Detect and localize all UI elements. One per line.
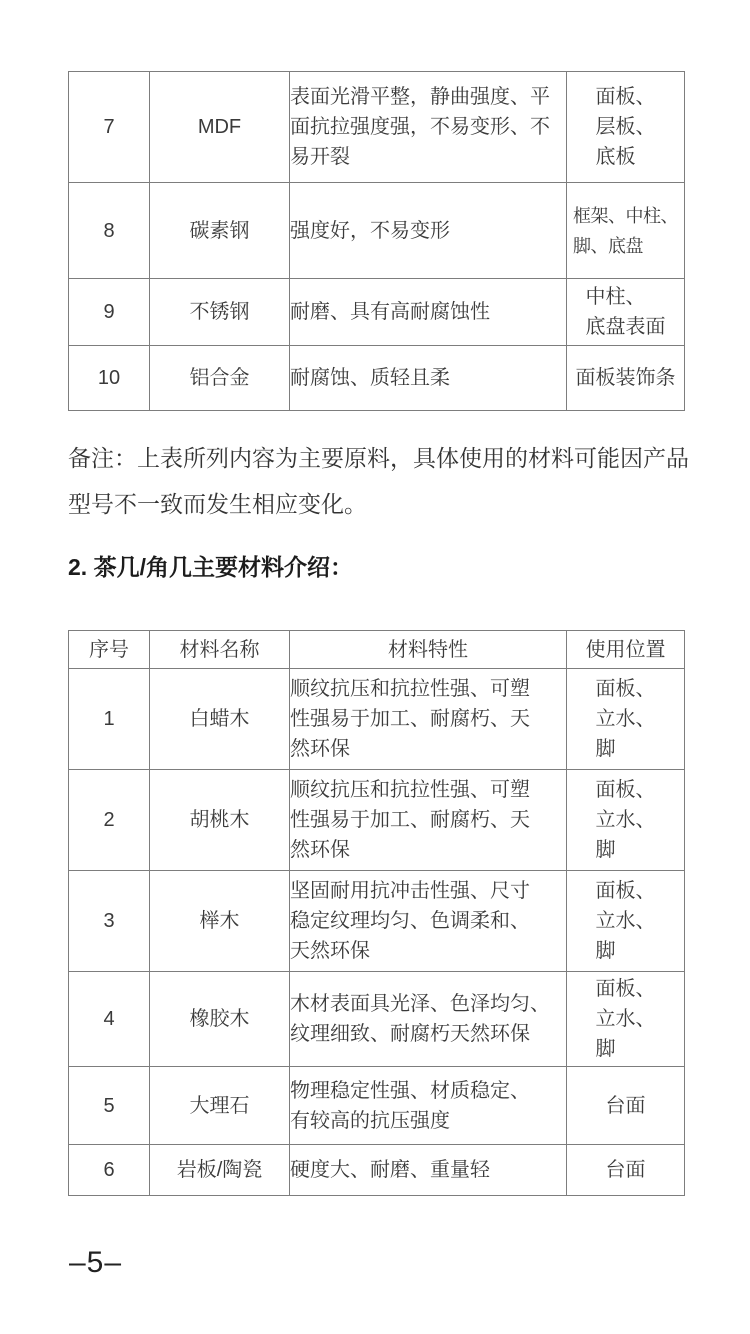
table-row: 8 碳素钢 强度好，不易变形 框架、中柱、 脚、底盘 [69, 183, 685, 279]
cell-index: 7 [69, 72, 150, 183]
cell-index: 6 [69, 1145, 150, 1196]
table-row: 3 榉木 坚固耐用抗冲击性强、尺寸 稳定纹理均匀、色调柔和、 天然环保 面板、 … [69, 871, 685, 972]
cell-material-feature: 顺纹抗压和抗拉性强、可塑 性强易于加工、耐腐朽、天 然环保 [290, 770, 567, 871]
usage-position-text: 面板、 层板、 底板 [596, 82, 656, 172]
column-header-usage-position: 使用位置 [567, 631, 685, 669]
cell-material-feature: 顺纹抗压和抗拉性强、可塑 性强易于加工、耐腐朽、天 然环保 [290, 669, 567, 770]
cell-usage-position: 面板、 立水、 脚 [567, 669, 685, 770]
cell-material-feature: 耐磨、具有高耐腐蚀性 [290, 279, 567, 346]
note-text: 备注：上表所列内容为主要原料，具体使用的材料可能因产品 型号不一致而发生相应变化… [68, 435, 750, 527]
usage-position-text: 面板、 立水、 脚 [596, 876, 656, 966]
section-heading: 2. 茶几/角几主要材料介绍： [68, 553, 750, 581]
page-number: –5– [69, 1246, 750, 1280]
cell-material-name: 榉木 [150, 871, 290, 972]
usage-position-text: 面板、 立水、 脚 [596, 775, 656, 865]
table-row: 10 铝合金 耐腐蚀、质轻且柔 面板装饰条 [69, 346, 685, 411]
cell-material-feature: 木材表面具光泽、色泽均匀、 纹理细致、耐腐朽天然环保 [290, 972, 567, 1067]
table-row: 6 岩板/陶瓷 硬度大、耐磨、重量轻 台面 [69, 1145, 685, 1196]
usage-position-text: 面板、 立水、 脚 [596, 974, 656, 1064]
cell-usage-position: 中柱、 底盘表面 [567, 279, 685, 346]
cell-usage-position: 面板装饰条 [567, 346, 685, 411]
cell-index: 4 [69, 972, 150, 1067]
cell-index: 1 [69, 669, 150, 770]
cell-material-feature: 耐腐蚀、质轻且柔 [290, 346, 567, 411]
table-row: 4 橡胶木 木材表面具光泽、色泽均匀、 纹理细致、耐腐朽天然环保 面板、 立水、… [69, 972, 685, 1067]
cell-material-feature: 硬度大、耐磨、重量轻 [290, 1145, 567, 1196]
table-header-row: 序号 材料名称 材料特性 使用位置 [69, 631, 685, 669]
cell-material-feature: 表面光滑平整，静曲强度、平 面抗拉强度强，不易变形、不 易开裂 [290, 72, 567, 183]
cell-material-name: 铝合金 [150, 346, 290, 411]
column-header-material-feature: 材料特性 [290, 631, 567, 669]
cell-material-name: 不锈钢 [150, 279, 290, 346]
cell-index: 9 [69, 279, 150, 346]
cell-material-name: 大理石 [150, 1067, 290, 1145]
cell-index: 5 [69, 1067, 150, 1145]
cell-material-name: MDF [150, 72, 290, 183]
cell-material-name: 橡胶木 [150, 972, 290, 1067]
cell-usage-position: 台面 [567, 1145, 685, 1196]
cell-material-feature: 物理稳定性强、材质稳定、 有较高的抗压强度 [290, 1067, 567, 1145]
table-row: 1 白蜡木 顺纹抗压和抗拉性强、可塑 性强易于加工、耐腐朽、天 然环保 面板、 … [69, 669, 685, 770]
coffee-table-materials-table: 序号 材料名称 材料特性 使用位置 1 白蜡木 顺纹抗压和抗拉性强、可塑 性强易… [68, 630, 685, 1196]
cell-usage-position: 面板、 立水、 脚 [567, 972, 685, 1067]
table-row: 7 MDF 表面光滑平整，静曲强度、平 面抗拉强度强，不易变形、不 易开裂 面板… [69, 72, 685, 183]
usage-position-text: 面板、 立水、 脚 [596, 674, 656, 764]
cell-index: 2 [69, 770, 150, 871]
usage-position-text: 中柱、 底盘表面 [586, 282, 666, 342]
table-row: 9 不锈钢 耐磨、具有高耐腐蚀性 中柱、 底盘表面 [69, 279, 685, 346]
usage-position-text: 台面 [606, 1155, 646, 1185]
column-header-index: 序号 [69, 631, 150, 669]
materials-table-continued: 7 MDF 表面光滑平整，静曲强度、平 面抗拉强度强，不易变形、不 易开裂 面板… [68, 71, 685, 411]
cell-usage-position: 面板、 层板、 底板 [567, 72, 685, 183]
table-row: 2 胡桃木 顺纹抗压和抗拉性强、可塑 性强易于加工、耐腐朽、天 然环保 面板、 … [69, 770, 685, 871]
usage-position-text: 台面 [606, 1091, 646, 1121]
cell-index: 3 [69, 871, 150, 972]
cell-index: 10 [69, 346, 150, 411]
cell-material-feature: 坚固耐用抗冲击性强、尺寸 稳定纹理均匀、色调柔和、 天然环保 [290, 871, 567, 972]
cell-material-feature: 强度好，不易变形 [290, 183, 567, 279]
cell-material-name: 胡桃木 [150, 770, 290, 871]
cell-material-name: 白蜡木 [150, 669, 290, 770]
usage-position-text: 面板装饰条 [576, 363, 676, 393]
cell-usage-position: 框架、中柱、 脚、底盘 [567, 183, 685, 279]
cell-usage-position: 面板、 立水、 脚 [567, 871, 685, 972]
cell-index: 8 [69, 183, 150, 279]
usage-position-text: 框架、中柱、 脚、底盘 [573, 201, 678, 261]
cell-usage-position: 面板、 立水、 脚 [567, 770, 685, 871]
cell-material-name: 碳素钢 [150, 183, 290, 279]
cell-usage-position: 台面 [567, 1067, 685, 1145]
cell-material-name: 岩板/陶瓷 [150, 1145, 290, 1196]
column-header-material-name: 材料名称 [150, 631, 290, 669]
manual-document-page: 7 MDF 表面光滑平整，静曲强度、平 面抗拉强度强，不易变形、不 易开裂 面板… [0, 0, 750, 1334]
table-row: 5 大理石 物理稳定性强、材质稳定、 有较高的抗压强度 台面 [69, 1067, 685, 1145]
